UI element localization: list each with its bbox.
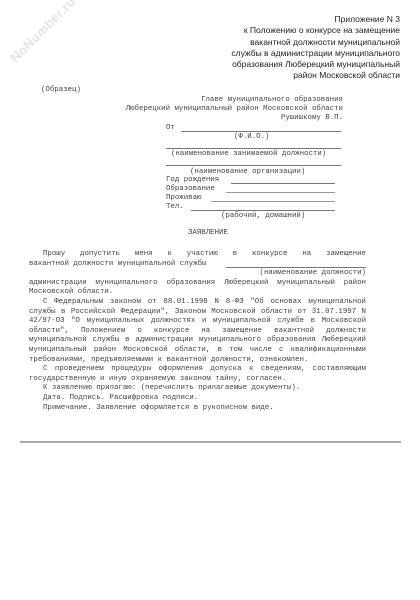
appendix-line: район Московской области <box>170 70 400 81</box>
fio-field-line[interactable] <box>181 131 341 132</box>
residence-field-line[interactable] <box>211 201 335 202</box>
watermark: NoNumber.ru <box>7 0 78 65</box>
organization-field-line[interactable] <box>166 165 341 166</box>
statement-body: Прошу допустить меня к участию в конкурс… <box>29 250 366 413</box>
fio-caption: (Ф.И.О.) <box>234 133 269 143</box>
phone-label: Тел. <box>166 203 184 213</box>
paragraph-laws: С Федеральным законом от 08.01.1998 N 8-… <box>29 298 366 365</box>
phone-caption: (рабочий, домашний) <box>221 212 305 222</box>
paragraph-signature: Дата. Подпись. Расшифровка подписи. <box>29 394 366 404</box>
position-name-caption: (наименование должности) <box>29 269 366 279</box>
from-label: От <box>166 124 175 134</box>
position-name-field-line[interactable] <box>226 267 366 268</box>
paragraph-request-line-1: Прошу допустить меня к участию в конкурс… <box>29 250 366 260</box>
birth-year-field-line[interactable] <box>231 183 335 184</box>
education-field-line[interactable] <box>226 192 335 193</box>
phone-field-line[interactable] <box>191 210 335 211</box>
paragraph-request-rest: администрации муниципального образования… <box>29 279 366 298</box>
appendix-line: Приложение N 3 <box>170 14 400 25</box>
position-caption: (наименование занимаемой должности) <box>171 150 326 160</box>
position-field-line[interactable] <box>166 148 341 149</box>
document-title: ЗАЯВЛЕНИЕ <box>188 229 228 239</box>
addressee-line-3: Рушишкому В.П. <box>281 114 343 124</box>
paragraph-note: Примечание. Заявление оформляется в руко… <box>29 404 366 414</box>
appendix-line: службы в администрации муниципального <box>170 48 400 59</box>
appendix-line: образования Люберецкий муниципальный <box>170 59 400 70</box>
appendix-line: вакантной должности муниципальной <box>170 37 400 48</box>
paragraph-secrecy: С проведением процедуры оформления допус… <box>29 365 366 384</box>
appendix-header: Приложение N 3 к Положению о конкурсе на… <box>170 14 400 82</box>
bottom-divider <box>20 441 401 443</box>
paragraph-attachments: К заявлению прилагаю: (перечислить прила… <box>29 384 366 394</box>
sample-label: (Образец) <box>41 86 81 96</box>
appendix-line: к Положению о конкурсе на замещение <box>170 25 400 36</box>
request-line-2-text: вакантной должности муниципальной службы <box>29 260 206 268</box>
